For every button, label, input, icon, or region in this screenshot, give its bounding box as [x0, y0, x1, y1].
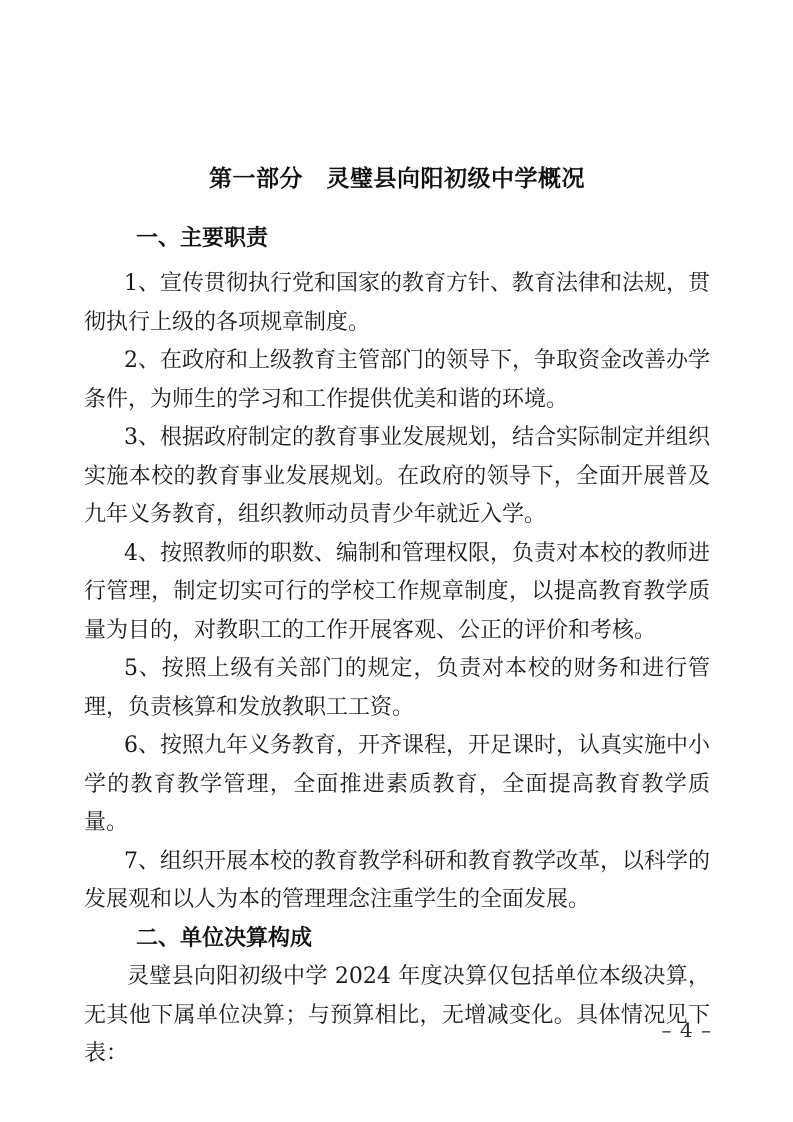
document-page: 第一部分 灵璧县向阳初级中学概况 一、主要职责 1、宣传贯彻执行党和国家的教育方… [0, 0, 793, 1122]
paragraph-duty-5: 5、按照上级有关部门的规定，负责对本校的财务和进行管理，负责核算和发放教职工工资… [84, 650, 710, 727]
section-heading-budget-composition: 二、单位决算构成 [84, 920, 710, 959]
paragraph-duty-4: 4、按照教师的职数、编制和管理权限，负责对本校的教师进行管理，制定切实可行的学校… [84, 535, 710, 651]
paragraph-duty-6: 6、按照九年义务教育，开齐课程，开足课时，认真实施中小学的教育教学管理，全面推进… [84, 727, 710, 843]
section-budget-composition: 二、单位决算构成 灵璧县向阳初级中学 2024 年度决算仅包括单位本级决算，无其… [84, 920, 710, 1074]
paragraph-duty-3: 3、根据政府制定的教育事业发展规划，结合实际制定并组织实施本校的教育事业发展规划… [84, 419, 710, 535]
page-number: – 4 – [662, 1018, 712, 1042]
paragraph-duty-7: 7、组织开展本校的教育教学科研和教育教学改革，以科学的发展观和以人为本的管理理念… [84, 843, 710, 920]
paragraph-budget-composition: 灵璧县向阳初级中学 2024 年度决算仅包括单位本级决算，无其他下属单位决算；与… [84, 958, 710, 1074]
paragraph-duty-1: 1、宣传贯彻执行党和国家的教育方针、教育法律和法规，贯彻执行上级的各项规章制度。 [84, 265, 710, 342]
section-heading-main-duties: 一、主要职责 [84, 219, 710, 259]
paragraph-duty-2: 2、在政府和上级教育主管部门的领导下，争取资金改善办学条件，为师生的学习和工作提… [84, 342, 710, 419]
section-main-duties: 一、主要职责 1、宣传贯彻执行党和国家的教育方针、教育法律和法规，贯彻执行上级的… [84, 219, 710, 920]
document-title: 第一部分 灵璧县向阳初级中学概况 [84, 163, 710, 195]
